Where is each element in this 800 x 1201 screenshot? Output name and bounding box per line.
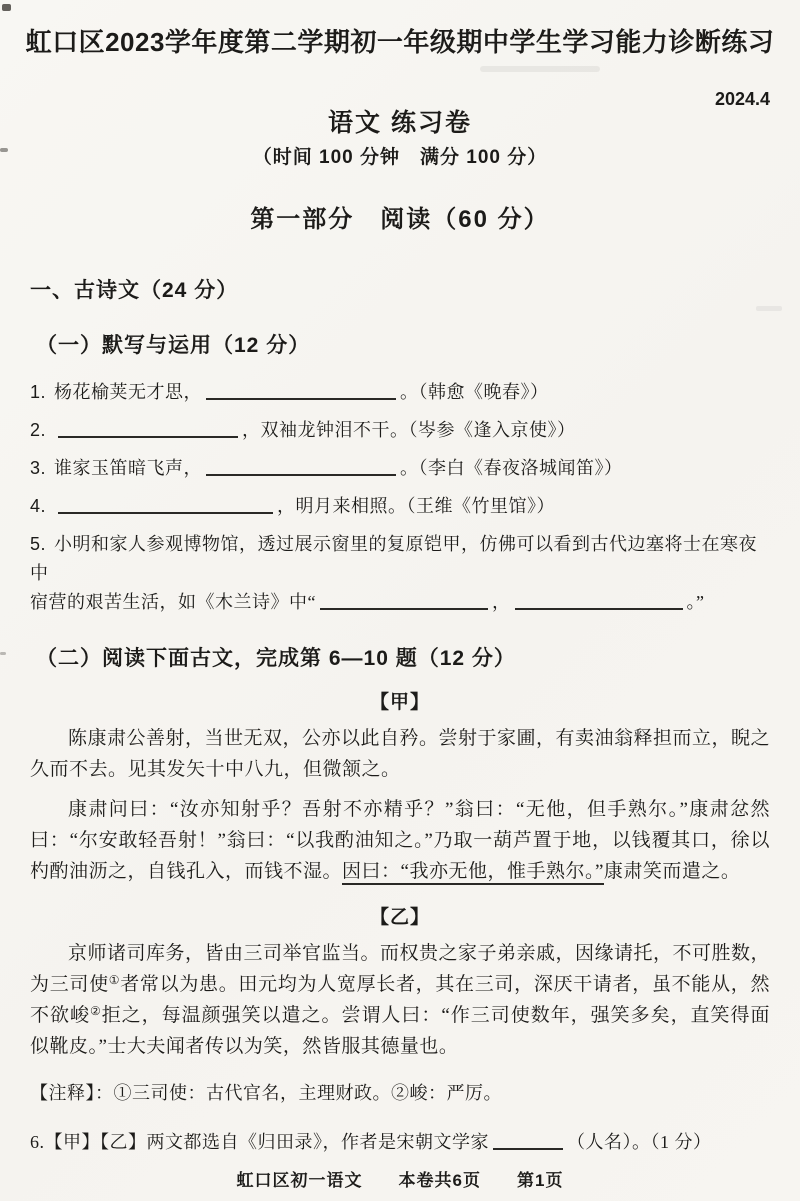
passage-yi-paragraph: 京师诸司库务，皆由三司举官监当。而权贵之家子弟亲戚，因缘请托，不可胜数，为三司使… [30, 938, 770, 1062]
section-classical-reading: （二）阅读下面古文，完成第 6—10 题（12 分） 【甲】 陈康肃公善射，当世… [0, 642, 800, 1157]
dictation-items: 1.杨花榆荚无才思，。（韩愈《晚春》） 2.，双袖龙钟泪不干。（岑参《逢入京使》… [30, 378, 770, 617]
item-text-line2: 宿营的艰苦生活，如《木兰诗》中“ [30, 592, 316, 612]
yi-text-c: 拒之，每温颜强笑以遣之。尝谓人曰：“作三司使数年，强笑多矣，直笑得面似靴皮。”士… [30, 1005, 770, 1057]
question-6-text: 6.【甲】【乙】两文都选自《归田录》，作者是宋朝文学家 [30, 1132, 489, 1152]
dictation-item-1: 1.杨花榆荚无才思，。（韩愈《晚春》） [30, 378, 770, 407]
subsection-title-classical: （二）阅读下面古文，完成第 6—10 题（12 分） [36, 642, 770, 672]
scan-artifact [0, 652, 6, 655]
item-number: 2. [30, 416, 54, 445]
exam-date: 2024.4 [715, 89, 770, 110]
answer-blank [206, 458, 396, 476]
scan-artifact [2, 4, 11, 11]
question-6: 6.【甲】【乙】两文都选自《归田录》，作者是宋朝文学家（人名）。（1 分） [30, 1127, 770, 1157]
page-footer: 虹口区初一语文 本卷共6页 第1页 [0, 1166, 800, 1191]
item-number: 3. [30, 454, 54, 483]
subsection-title-dictation: （一）默写与运用（12 分） [36, 329, 770, 359]
item-number: 4. [30, 492, 54, 521]
answer-blank [493, 1132, 563, 1150]
part-one-title: 第一部分 阅读（60 分） [0, 199, 800, 234]
dictation-item-5: 5.小明和家人参观博物馆，透过展示窗里的复原铠甲，仿佛可以看到古代边塞将士在寒夜… [30, 530, 770, 617]
exam-time-score-info: （时间 100 分钟 满分 100 分） [0, 142, 800, 169]
question-6-tail: （人名）。（1 分） [567, 1132, 712, 1152]
passage-jia-paragraph-1: 陈康肃公善射，当世无双，公亦以此自矜。尝射于家圃，有卖油翁释担而立，睨之久而不去… [30, 723, 770, 785]
footnotes: 【注释】：①三司使：古代官名，主理财政。②峻：严厉。 [30, 1079, 770, 1107]
answer-blank [320, 592, 488, 610]
exam-header: 虹口区2023学年度第二学期初一年级期中学生学习能力诊断练习 语文 练习卷 20… [0, 24, 800, 234]
item-comma: ， [492, 592, 511, 612]
section-ancient-poetry: 一、古诗文（24 分） （一）默写与运用（12 分） 1.杨花榆荚无才思，。（韩… [0, 274, 800, 617]
answer-blank [58, 496, 273, 514]
scan-artifact [756, 306, 782, 311]
jia-p2-tail: 康肃笑而遣之。 [604, 861, 741, 882]
answer-blank [58, 420, 238, 438]
answer-blank [515, 592, 683, 610]
paper-subtitle-row: 语文 练习卷 2024.4 [0, 82, 800, 116]
item-number: 5. [30, 530, 54, 559]
passage-label-yi: 【乙】 [0, 902, 800, 929]
exam-title: 虹口区2023学年度第二学期初一年级期中学生学习能力诊断练习 [16, 24, 784, 60]
item-text-line1: 小明和家人参观博物馆，透过展示窗里的复原铠甲，仿佛可以看到古代边塞将士在寒夜中 [30, 534, 757, 583]
item-end-quote: 。” [687, 592, 705, 612]
item-text: 杨花榆荚无才思， [54, 382, 202, 402]
item-text: 谁家玉笛暗飞声， [54, 458, 202, 478]
item-source: 。（韩愈《晚春》） [400, 382, 549, 402]
item-source: 。（李白《春夜洛城闻笛》） [400, 458, 623, 478]
dictation-item-3: 3.谁家玉笛暗飞声，。（李白《春夜洛城闻笛》） [30, 454, 770, 483]
section-title-poetry: 一、古诗文（24 分） [30, 274, 770, 304]
passage-label-jia: 【甲】 [0, 687, 800, 714]
dictation-item-2: 2.，双袖龙钟泪不干。（岑参《逢入京使》） [30, 416, 770, 445]
exam-paper-page: 虹口区2023学年度第二学期初一年级期中学生学习能力诊断练习 语文 练习卷 20… [0, 0, 800, 1201]
item-number: 1. [30, 378, 54, 407]
dictation-item-4: 4.，明月来相照。（王维《竹里馆》） [30, 492, 770, 521]
footnote-ref-1: ① [109, 973, 120, 987]
item-source: ，双袖龙钟泪不干。（岑参《逢入京使》） [242, 420, 576, 440]
item-source: ，明月来相照。（王维《竹里馆》） [277, 496, 555, 516]
answer-blank [206, 382, 396, 400]
scan-artifact [0, 148, 8, 152]
scan-artifact [480, 66, 600, 72]
passage-jia-paragraph-2: 康肃问曰：“汝亦知射乎？吾射不亦精乎？”翁曰：“无他，但手熟尔。”康肃忿然曰：“… [30, 794, 770, 887]
jia-p2-underlined-sentence: 因曰：“我亦无他，惟手熟尔。” [342, 861, 604, 885]
footnote-ref-2: ② [90, 1004, 102, 1018]
paper-title: 语文 练习卷 [328, 103, 472, 139]
